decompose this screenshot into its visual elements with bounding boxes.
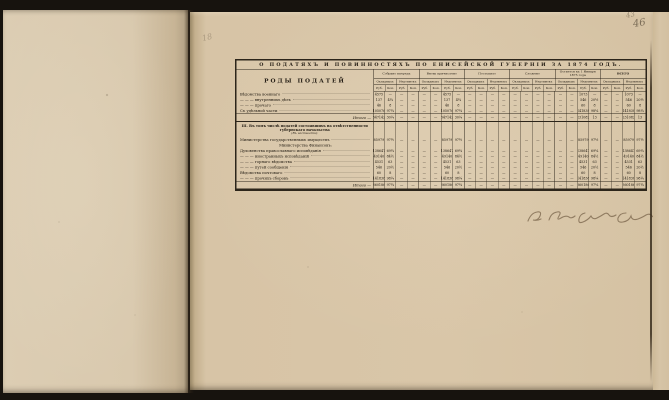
table-cell — [635, 122, 646, 137]
table-cell: 97¼ — [385, 108, 396, 114]
table-cell: — — [555, 114, 566, 121]
table-cell: 97¼ — [589, 182, 600, 189]
table-cell: — — [408, 176, 419, 182]
table-cell — [589, 122, 600, 137]
row-cells: 34714230¼————34714230¼——————————23108213… — [374, 114, 646, 121]
table-cell: 105076 — [374, 108, 385, 114]
table-cell: — — [464, 108, 475, 114]
table-cell: — — [408, 182, 419, 189]
table-cell: — — [430, 108, 441, 114]
table-cell: 231082 — [623, 114, 634, 121]
table-cell: 105076 — [442, 108, 453, 114]
table-cell: 97¼ — [453, 108, 464, 114]
unit-header-kop: Коп. — [521, 85, 532, 91]
unit-header-rub: Руб. — [510, 85, 521, 91]
table-cell: — — [510, 108, 521, 114]
column-headers: Собрано впередъВновь причисленоПоступило… — [374, 70, 646, 92]
table-cell: — — [555, 182, 566, 189]
table-cell: — — [476, 114, 487, 121]
table-cell: — — [532, 114, 543, 121]
table-cell: — — [612, 182, 623, 189]
section-heading: III. Въ томъ числѣ податей состоявшихъ н… — [237, 122, 374, 137]
table-cell — [555, 122, 566, 137]
table-cell: — — [521, 108, 532, 114]
unit-header-rub: Руб. — [555, 85, 566, 91]
row-header-cell: РОДЫ ПОДАТЕЙ — [237, 70, 375, 92]
table-cell: — — [555, 176, 566, 182]
table-cell: — — [544, 176, 555, 182]
table-cell: — — [510, 182, 521, 189]
table-cell: — — [521, 176, 532, 182]
table-cell — [612, 122, 623, 137]
table-cell: 141838 — [623, 176, 634, 182]
unit-header-kop: Коп. — [612, 85, 623, 91]
table-cell: — — [566, 182, 577, 189]
table-cell: 13 — [635, 114, 646, 121]
table-cell: 360186 — [442, 182, 453, 189]
table-cell: — — [396, 108, 407, 114]
table-cell — [623, 122, 634, 137]
table-cell: — — [601, 114, 612, 121]
unit-header-rub: Руб. — [487, 85, 498, 91]
total-row: Итого —36018697¼————36018697¼——————————3… — [237, 181, 646, 190]
handwritten-signature — [522, 204, 669, 234]
column-group-header: Остается къ 1 Января 1875 года — [555, 70, 600, 80]
table-cell: — — [498, 176, 509, 182]
column-group-header: Поступило — [465, 70, 510, 80]
unit-header-kop: Коп. — [408, 85, 419, 91]
table-cell: 141838 — [578, 176, 589, 182]
table-cell: 98¼ — [589, 108, 600, 114]
page-edge-shadow — [650, 40, 652, 382]
table-row: — — — прочихъ сборовъ14183898¼————141838… — [237, 176, 646, 182]
table-cell: — — [464, 176, 475, 182]
blank-verso-page — [3, 10, 188, 393]
unit-header-kop: Коп. — [589, 85, 600, 91]
table-cell: — — [521, 182, 532, 189]
table-cell: 141838 — [578, 108, 589, 114]
table-cell: 98¼ — [385, 176, 396, 182]
table-cell — [578, 122, 589, 137]
unit-header-kop: Коп. — [385, 85, 396, 91]
unit-header-rub: Руб. — [374, 85, 385, 91]
table-cell — [510, 122, 521, 137]
table-cell: — — [487, 176, 498, 182]
table-cell: — — [532, 176, 543, 182]
table-cell: 141838 — [623, 108, 634, 114]
next-page-fore-edge — [653, 12, 669, 390]
unit-header-rub: Руб. — [578, 85, 589, 91]
table-cell — [396, 122, 407, 137]
unit-header-kop: Коп. — [431, 85, 442, 91]
table-header: РОДЫ ПОДАТЕЙ Собрано впередъВновь причис… — [237, 70, 646, 92]
table-cell: 360186 — [623, 182, 634, 189]
table-cell: 30¼ — [453, 114, 464, 121]
table-cell: — — [430, 182, 441, 189]
table-cell: — — [612, 114, 623, 121]
table-cell: 231082 — [578, 114, 589, 121]
table-cell: — — [510, 176, 521, 182]
folio-number-pencil: 46 — [632, 17, 646, 30]
table-cell — [419, 122, 430, 137]
table-cell: — — [521, 114, 532, 121]
unit-header-kop: Коп. — [453, 85, 464, 91]
table-cell — [408, 122, 419, 137]
book-scan: О ПОДАТЯХЪ И ПОВИННОСТЯХЪ ПО ЕНИСЕЙСКОЙ … — [0, 0, 669, 400]
table-cell: — — [419, 114, 430, 121]
table-cell: — — [464, 114, 475, 121]
table-cell: — — [601, 182, 612, 189]
unit-header-rub: Руб. — [419, 85, 430, 91]
table-cell: — — [430, 176, 441, 182]
table-row: Съ удѣльной части10507697¼————10507697¼—… — [237, 108, 646, 114]
table-cell: — — [487, 114, 498, 121]
table-cell: 98¼ — [635, 108, 646, 114]
table-cell: 98¼ — [635, 176, 646, 182]
table-cell: — — [476, 176, 487, 182]
table-cell: — — [532, 108, 543, 114]
unit-header-rub: Руб. — [397, 85, 408, 91]
row-cells: 36018697¼————36018697¼——————————36018697… — [374, 182, 646, 189]
table-cell: 347142 — [442, 114, 453, 121]
table-cell — [430, 122, 441, 137]
table-frame: О ПОДАТЯХЪ И ПОВИННОСТЯХЪ ПО ЕНИСЕЙСКОЙ … — [235, 59, 647, 191]
column-group-header: ВСЕГО — [601, 70, 646, 80]
total-label: Итого — — [237, 182, 374, 189]
table-cell: — — [498, 114, 509, 121]
table-cell — [487, 122, 498, 137]
table-cell: 97¼ — [635, 182, 646, 189]
table-cell: — — [419, 108, 430, 114]
table-cell: 30¼ — [385, 114, 396, 121]
table-cell: — — [544, 108, 555, 114]
table-cell: — — [510, 114, 521, 121]
table-cell: 141838 — [442, 176, 453, 182]
unit-header-rub: Руб. — [623, 85, 634, 91]
table-cell: — — [612, 176, 623, 182]
table-cell: — — [419, 176, 430, 182]
table-cell: — — [419, 182, 430, 189]
table-cell — [442, 122, 453, 137]
table-cell — [464, 122, 475, 137]
row-cells: 10507697¼————10507697¼——————————14183898… — [374, 108, 646, 114]
unit-header-rub: Руб. — [533, 85, 544, 91]
table-cell: — — [396, 114, 407, 121]
table-cell: — — [396, 176, 407, 182]
table-cell: — — [408, 108, 419, 114]
table-cell — [566, 122, 577, 137]
unit-header-rub: Руб. — [601, 85, 612, 91]
table-cell — [374, 122, 385, 137]
table-cell: — — [498, 182, 509, 189]
table-body: Вѣдомства военнаго4575—————4575—————————… — [237, 92, 646, 190]
group-header-row: Собрано впередъВновь причисленоПоступило… — [374, 70, 646, 80]
table-cell: 98¼ — [589, 176, 600, 182]
table-cell: 13 — [589, 114, 600, 121]
table-title: О ПОДАТЯХЪ И ПОВИННОСТЯХЪ ПО ЕНИСЕЙСКОЙ … — [237, 61, 646, 70]
table-cell: 98¼ — [453, 176, 464, 182]
table-cell: 347142 — [374, 114, 385, 121]
column-group-header: Сложено — [510, 70, 555, 80]
row-cells: 14183898¼————14183898¼——————————14183898… — [374, 176, 646, 182]
table-cell: 360186 — [374, 182, 385, 189]
table-cell: — — [612, 108, 623, 114]
table-cell: — — [498, 108, 509, 114]
section-heading-row: III. Въ томъ числѣ податей состоявшихъ н… — [237, 122, 646, 137]
ledger-recto-page: О ПОДАТЯХЪ И ПОВИННОСТЯХЪ ПО ЕНИСЕЙСКОЙ … — [190, 12, 653, 390]
table-cell: 360186 — [578, 182, 589, 189]
table-cell: — — [408, 114, 419, 121]
unit-header-kop: Коп. — [476, 85, 487, 91]
table-cell — [521, 122, 532, 137]
table-cell — [532, 122, 543, 137]
table-cell: — — [601, 176, 612, 182]
unit-header-kop: Коп. — [567, 85, 578, 91]
total-row: Итого —34714230¼————34714230¼——————————2… — [237, 114, 646, 123]
table-cell — [476, 122, 487, 137]
table-cell: — — [566, 108, 577, 114]
table-cell: — — [544, 182, 555, 189]
table-cell: — — [396, 182, 407, 189]
table-cell: — — [601, 108, 612, 114]
unit-header-rub: Руб. — [465, 85, 476, 91]
table-cell: — — [532, 182, 543, 189]
section-heading-line: (Въ частности): — [291, 132, 318, 135]
table-cell — [498, 122, 509, 137]
table-cell — [385, 122, 396, 137]
row-cells — [374, 122, 646, 137]
unit-header-kop: Коп. — [544, 85, 555, 91]
column-group-header: Вновь причислено — [419, 70, 464, 80]
table-cell: — — [487, 108, 498, 114]
table-cell: — — [464, 182, 475, 189]
column-group-header: Собрано впередъ — [374, 70, 419, 80]
table-cell: — — [487, 182, 498, 189]
unit-header-kop: Коп. — [499, 85, 510, 91]
unit-header-rub: Руб. — [442, 85, 453, 91]
row-label: Съ удѣльной части — [237, 108, 374, 114]
tax-ledger-table: О ПОДАТЯХЪ И ПОВИННОСТЯХЪ ПО ЕНИСЕЙСКОЙ … — [235, 59, 647, 191]
table-cell: — — [555, 108, 566, 114]
table-cell: — — [566, 176, 577, 182]
table-cell: — — [476, 108, 487, 114]
table-cell: 141838 — [374, 176, 385, 182]
table-cell — [544, 122, 555, 137]
table-cell: — — [544, 114, 555, 121]
table-cell: — — [566, 114, 577, 121]
table-cell — [601, 122, 612, 137]
table-cell — [453, 122, 464, 137]
table-cell: 97¼ — [453, 182, 464, 189]
row-label: — — — прочихъ сборовъ — [237, 176, 374, 182]
table-cell: 97¼ — [385, 182, 396, 189]
table-cell: — — [430, 114, 441, 121]
table-cell: — — [476, 182, 487, 189]
unit-header-kop: Коп. — [635, 85, 646, 91]
total-label: Итого — — [237, 114, 374, 121]
